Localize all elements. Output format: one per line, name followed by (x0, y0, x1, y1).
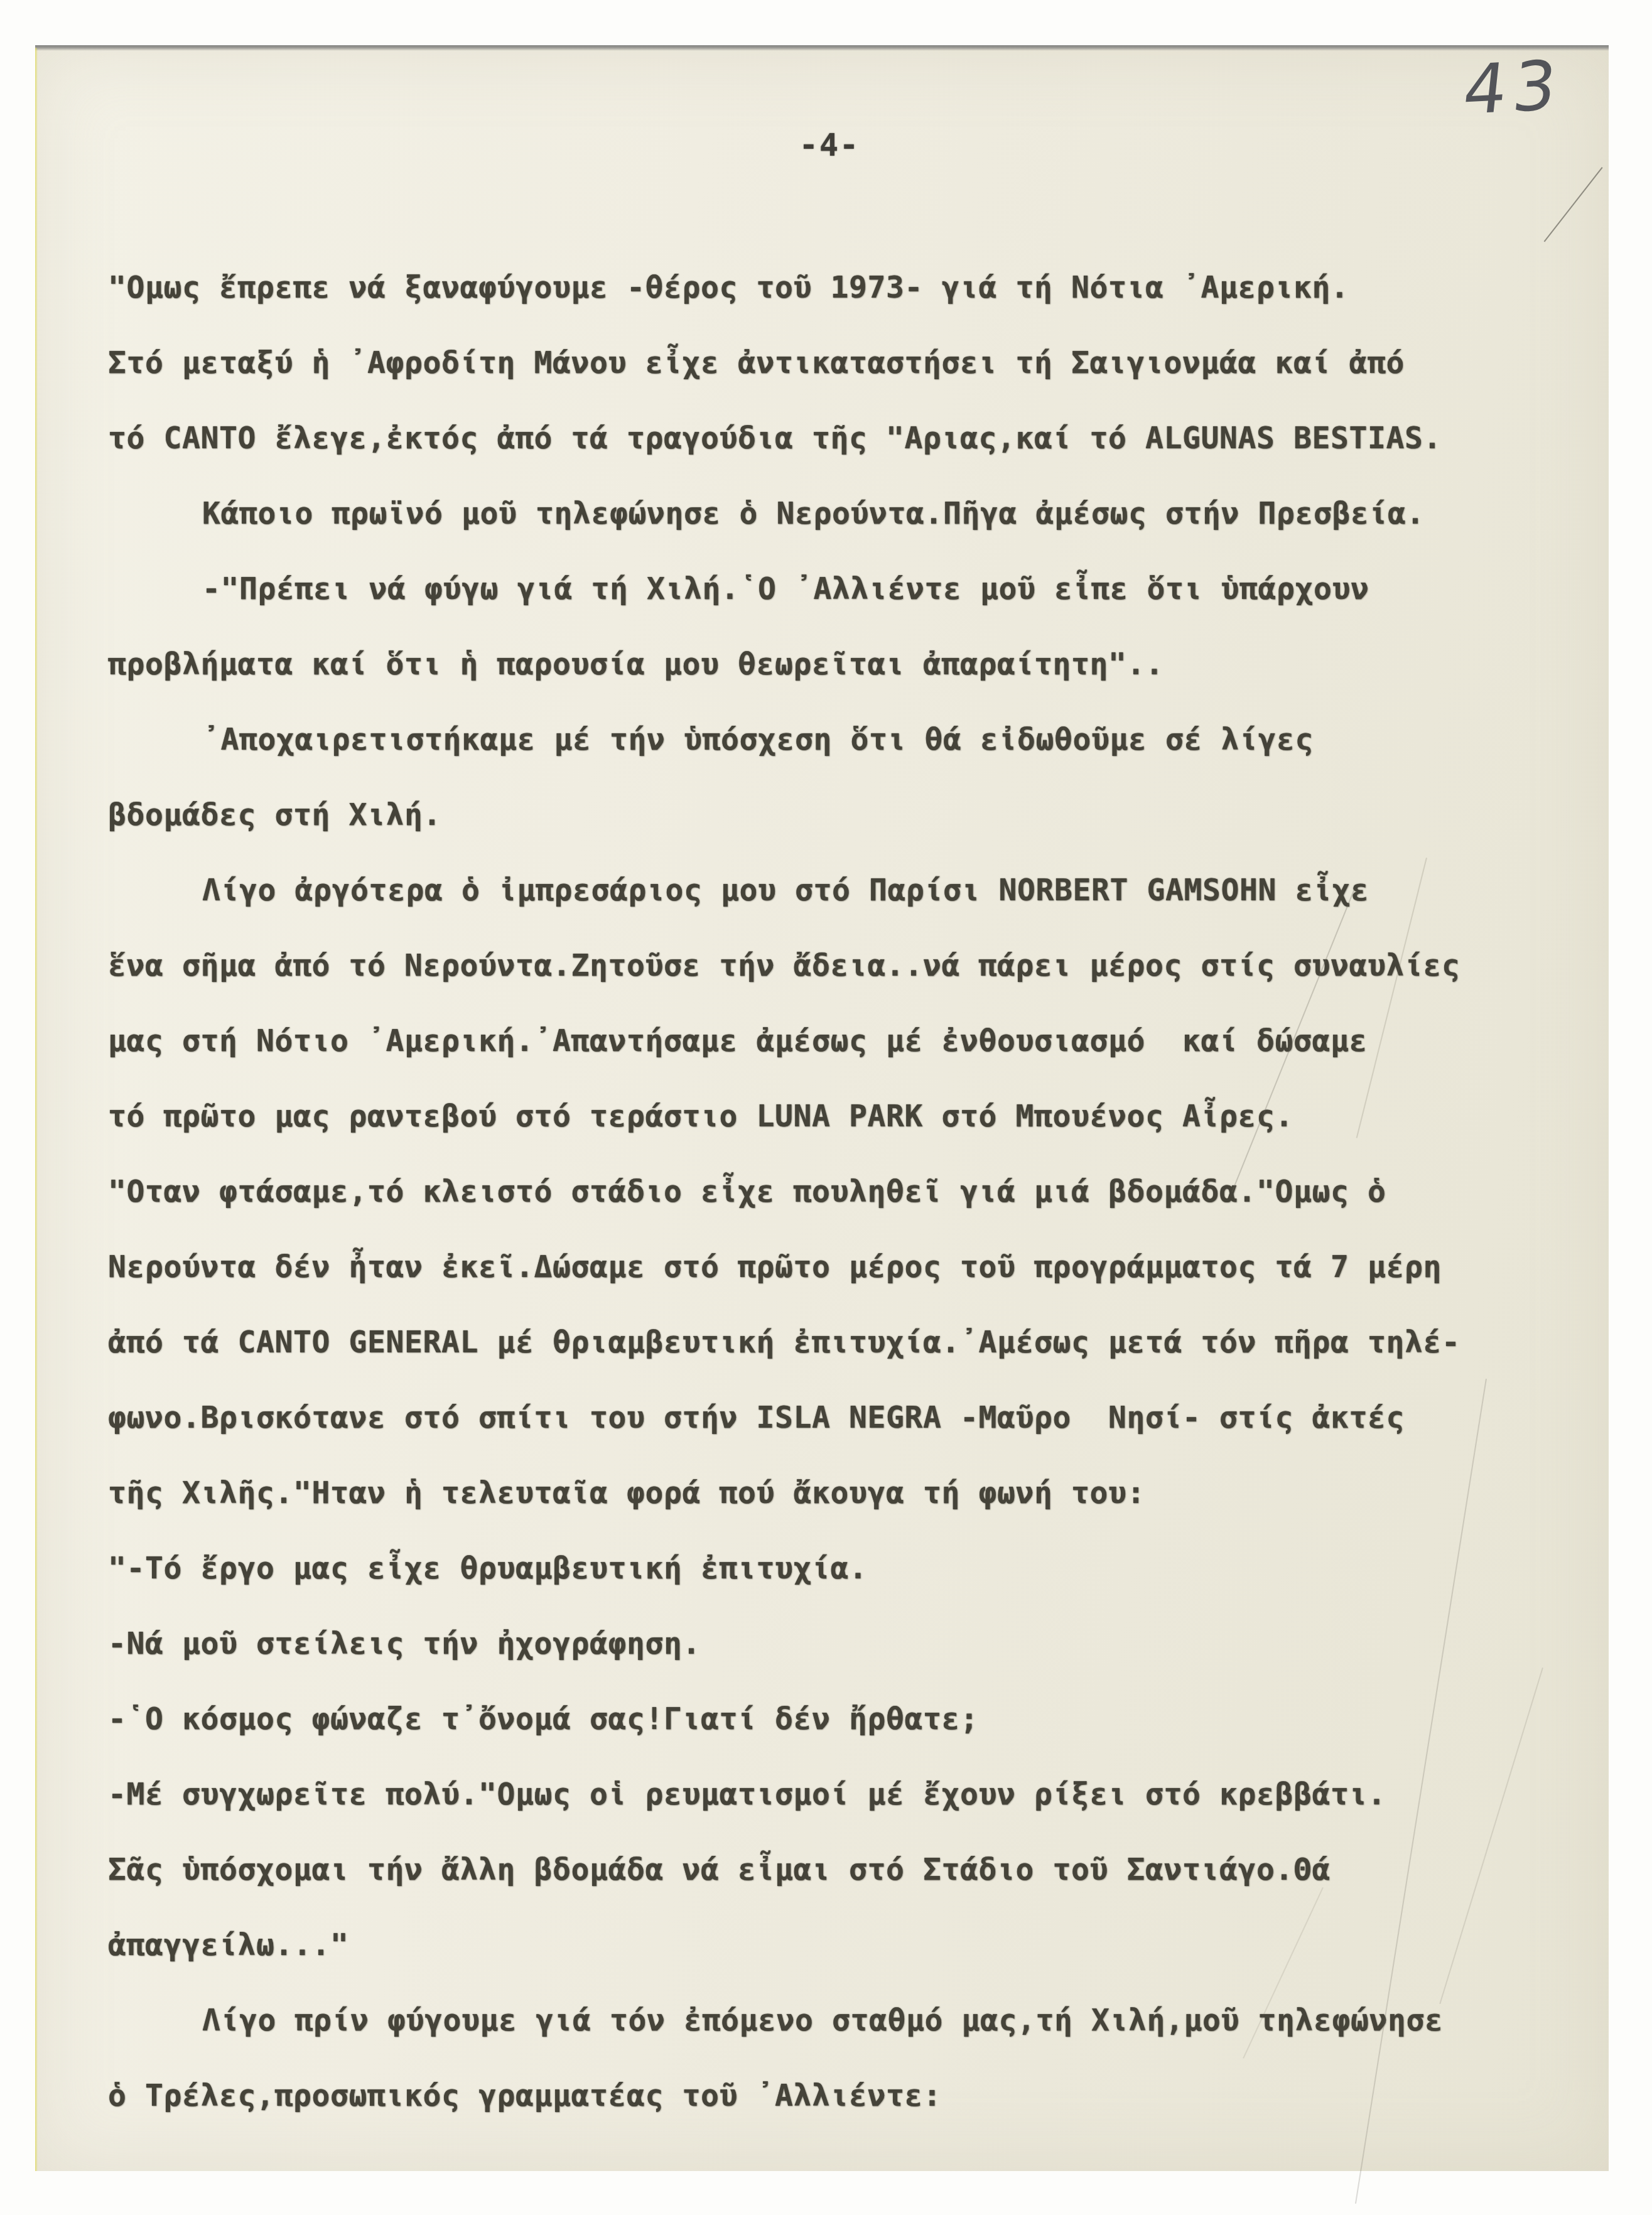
typed-page-number: -4- (43, 127, 1616, 163)
text-line: Κάποιο πρωϊνό μοῦ τηλεφώνησε ὁ Νερούντα.… (108, 476, 1546, 551)
scanned-page: 43 -4- "Ομως ἔπρεπε νά ξαναφύγουμε -θέρο… (35, 48, 1609, 2171)
text-line: "-Τό ἔργο μας εἶχε θρυαμβευτική ἐπιτυχία… (108, 1531, 1546, 1606)
text-line: βδομάδες στή Χιλή. (108, 777, 1546, 853)
text-line: Στό μεταξύ ἡ ᾽Αφροδίτη Μάνου εἶχε ἀντικα… (108, 325, 1546, 401)
text-line: τό CANTO ἔλεγε,ἐκτός ἀπό τά τραγούδια τῆ… (108, 401, 1546, 476)
text-line: Λίγο ἀργότερα ὁ ἰμπρεσάριος μου στό Παρί… (108, 853, 1546, 928)
text-line: ᾽Αποχαιρετιστήκαμε μέ τήν ὑπόσχεση ὅτι θ… (108, 702, 1546, 777)
text-line: -῾Ο κόσμος φώναζε τ᾽ὄνομά σας!Γιατί δέν … (108, 1681, 1546, 1757)
text-line: ἀπό τά CANTO GENERAL μέ θριαμβευτική ἐπι… (108, 1305, 1546, 1380)
text-line: -"Πρέπει νά φύγω γιά τή Χιλή.῾Ο ᾽Αλλιέντ… (108, 551, 1546, 627)
text-line: "Οταν φτάσαμε,τό κλειστό στάδιο εἶχε που… (108, 1154, 1546, 1229)
text-line: -Μέ συγχωρεῖτε πολύ."Ομως οἱ ρευματισμοί… (108, 1757, 1546, 1832)
text-line: προβλήματα καί ὅτι ἡ παρουσία μου θεωρεῖ… (108, 627, 1546, 702)
text-line: Λίγο πρίν φύγουμε γιά τόν ἐπόμενο σταθμό… (108, 1983, 1546, 2058)
text-line: -Νά μοῦ στείλεις τήν ἠχογράφηση. (108, 1606, 1546, 1681)
scan-background: { "page": { "handwritten_corner_number":… (0, 0, 1652, 2215)
typewritten-text-block: "Ομως ἔπρεπε νά ξαναφύγουμε -θέρος τοῦ 1… (108, 250, 1546, 2133)
text-line: ὁ Τρέλες,προσωπικός γραμματέας τοῦ ᾽Αλλι… (108, 2058, 1546, 2133)
handwritten-page-number: 43 (1459, 46, 1566, 130)
text-line: μας στή Νότιο ᾽Αμερική.᾽Απαντήσαμε ἀμέσω… (108, 1003, 1546, 1079)
text-line: τό πρῶτο μας ραντεβού στό τεράστιο LUNA … (108, 1079, 1546, 1154)
text-line: ἀπαγγείλω..." (108, 1907, 1546, 1983)
text-line: "Ομως ἔπρεπε νά ξαναφύγουμε -θέρος τοῦ 1… (108, 250, 1546, 325)
scan-scratch-artifact (1544, 167, 1603, 242)
text-line: τῆς Χιλῆς."Ηταν ἡ τελευταῖα φορά πού ἄκο… (108, 1455, 1546, 1531)
text-line: Νερούντα δέν ἦταν ἐκεῖ.Δώσαμε στό πρῶτο … (108, 1229, 1546, 1305)
text-line: Σᾶς ὑπόσχομαι τήν ἄλλη βδομάδα νά εἶμαι … (108, 1832, 1546, 1907)
text-line: φωνο.Βρισκότανε στό σπίτι του στήν ISLA … (108, 1380, 1546, 1455)
text-line: ἕνα σῆμα ἀπό τό Νερούντα.Ζητοῦσε τήν ἄδε… (108, 928, 1546, 1003)
